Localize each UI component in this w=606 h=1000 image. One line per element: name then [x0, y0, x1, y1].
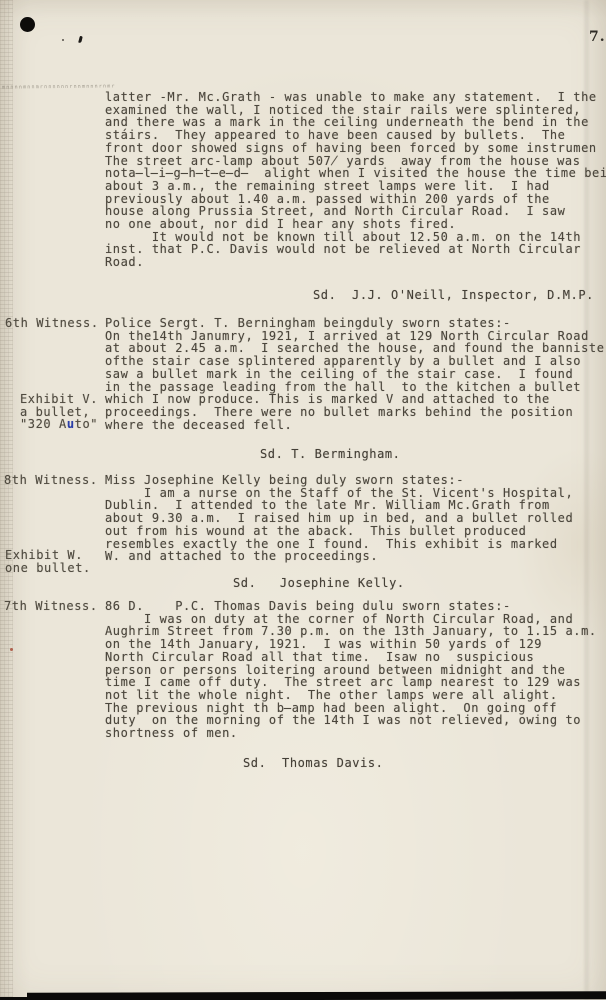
- bermingham-signature: Sd. T. Bermingham.: [260, 448, 400, 461]
- red-speck: [10, 648, 13, 651]
- exhibit-w-label: Exhibit W. one bullet.: [5, 549, 91, 574]
- witness6-label: 6th Witness.: [5, 317, 99, 330]
- punch-hole: [20, 17, 35, 32]
- caliber-text-pre: "320 A: [20, 417, 67, 431]
- ink-speck: [78, 36, 83, 44]
- scan-edge: [27, 991, 606, 1000]
- caliber-text-post: to": [75, 417, 98, 431]
- binding-edge-texture: [0, 0, 13, 1000]
- pencil-scribble: mnnnnmnnmrnnnnnnrnnmnnnrnmr rr: [2, 83, 120, 90]
- exhibit-v-caliber: "320 Auto": [20, 418, 98, 431]
- davis-signature: Sd. Thomas Davis.: [243, 757, 383, 770]
- witness6-statement-text: Police Sergt. T. Berningham beingduly sw…: [105, 317, 605, 431]
- oneill-statement-text: latter -Mr. Mc.Grath - was unable to mak…: [105, 91, 606, 269]
- exhibit-v-label: Exhibit V. a bullet,: [20, 393, 98, 418]
- handwritten-correction: u: [67, 417, 75, 431]
- kelly-signature: Sd. Josephine Kelly.: [233, 577, 405, 590]
- oneill-signature: Sd. J.J. O'Neill, Inspector, D.M.P.: [313, 289, 594, 302]
- ink-speck: [62, 39, 64, 41]
- witness7-statement-text: 86 D. P.C. Thomas Davis being dulu sworn…: [105, 600, 597, 740]
- page-number: 7.: [589, 29, 606, 45]
- witness7-label: 7th Witness.: [4, 600, 98, 613]
- witness8-statement-text: Miss Josephine Kelly being duly sworn st…: [105, 474, 573, 563]
- witness8-label: 8th Witness.: [4, 474, 98, 487]
- document-page: 7. mnnnnmnnmrnnnnnnrnnmnnnrnmr rr latter…: [0, 0, 606, 1000]
